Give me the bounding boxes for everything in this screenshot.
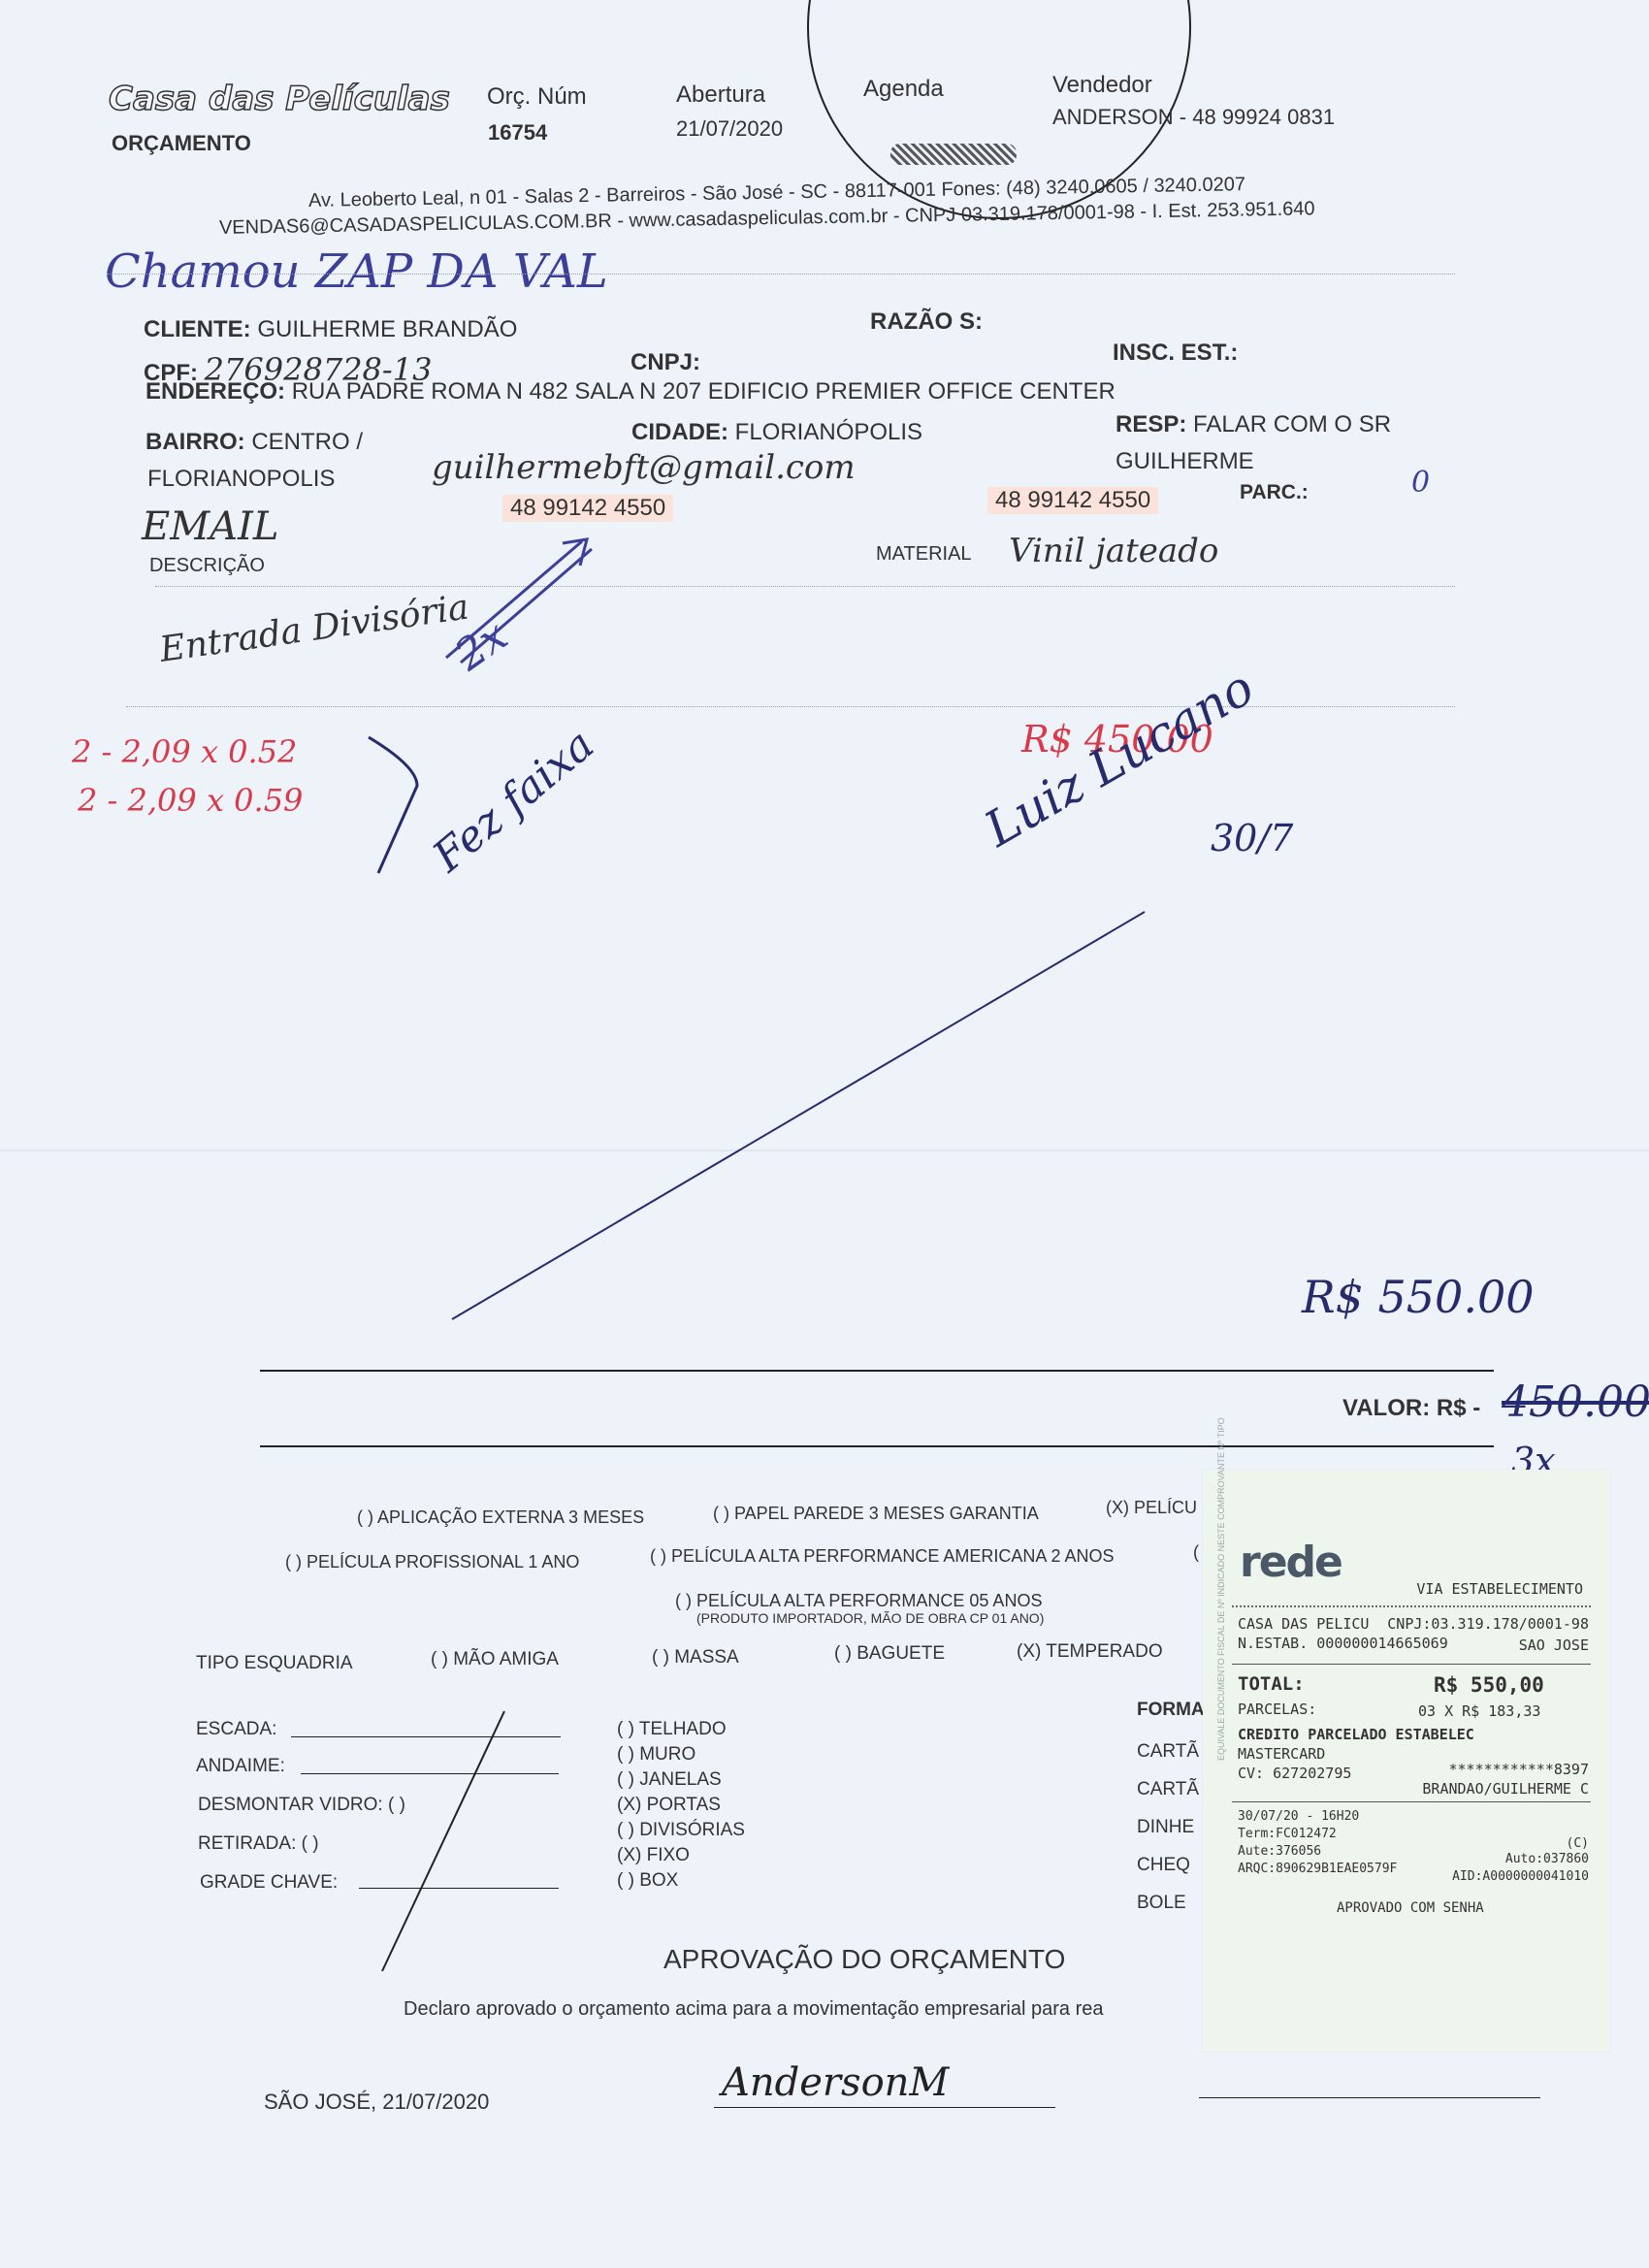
- bracket-stroke: [359, 728, 436, 883]
- receipt-side-text: EQUIVALE DOCUMENTO FISCAL DE Nº INDICADO…: [1216, 1417, 1226, 1761]
- divider: [260, 1370, 1494, 1372]
- bairro-value-1: CENTRO /: [251, 429, 363, 455]
- receipt-divider: [1232, 1801, 1591, 1802]
- receipt-divider: [1232, 1664, 1591, 1665]
- endereco-row: ENDEREÇO: RUA PADRE ROMA N 482 SALA N 20…: [145, 378, 1115, 405]
- cidade-value: FLORIANÓPOLIS: [735, 419, 922, 445]
- scribble-redaction: [890, 144, 1017, 165]
- divider: [107, 274, 1455, 275]
- email-handwritten: guilhermebft@gmail.com: [432, 448, 856, 487]
- local-muro[interactable]: ( ) MURO: [617, 1742, 745, 1767]
- arrow-icon: [407, 532, 601, 677]
- card-receipt: EQUIVALE DOCUMENTO FISCAL DE Nº INDICADO…: [1203, 1470, 1610, 2052]
- cliente-label: CLIENTE:: [144, 316, 251, 342]
- receipt-card: MASTERCARD: [1238, 1745, 1325, 1763]
- signature-line-vendor[interactable]: [714, 2107, 1055, 2108]
- abertura-date: 21/07/2020: [676, 116, 783, 142]
- local-telhado[interactable]: ( ) TELHADO: [617, 1717, 745, 1742]
- bairro-row: BAIRRO: CENTRO /: [145, 429, 363, 456]
- divider: [260, 1445, 1494, 1447]
- parc-value: 0: [1411, 466, 1430, 500]
- abertura-label: Abertura: [676, 81, 765, 109]
- receipt-c-flag: (C): [1567, 1836, 1589, 1851]
- receipt-datetime: 30/07/20 - 16H20: [1238, 1809, 1359, 1824]
- extra-grade-chave: GRADE CHAVE:: [200, 1872, 338, 1894]
- option-papel-parede[interactable]: ( ) PAPEL PAREDE 3 MESES GARANTIA: [713, 1504, 1039, 1524]
- cidade-label: CIDADE:: [631, 419, 728, 445]
- cancel-diagonal-line: [446, 795, 1377, 1339]
- receipt-via: VIA ESTABELECIMENTO: [1416, 1580, 1583, 1598]
- receipt-parcelas-label: PARCELAS:: [1238, 1701, 1316, 1718]
- pagamento-cartao-2[interactable]: CARTÃ: [1137, 1770, 1199, 1808]
- local-divisorias[interactable]: ( ) DIVISÓRIAS: [617, 1818, 745, 1843]
- option-pelicula-profissional[interactable]: ( ) PELÍCULA PROFISSIONAL 1 ANO: [285, 1552, 579, 1572]
- option-hidden-partial[interactable]: (: [1193, 1542, 1199, 1563]
- doc-type: ORÇAMENTO: [112, 131, 251, 156]
- local-portas[interactable]: (X) PORTAS: [617, 1793, 745, 1818]
- pagamento-boleto[interactable]: BOLE: [1137, 1884, 1199, 1922]
- brand-logo: Casa das Películas: [109, 80, 450, 118]
- cliente-row: CLIENTE: GUILHERME BRANDÃO: [144, 316, 517, 343]
- option-pelicula-americana[interactable]: ( ) PELÍCULA ALTA PERFORMANCE AMERICANA …: [650, 1546, 1114, 1567]
- locais-list: ( ) TELHADO ( ) MURO ( ) JANELAS (X) POR…: [617, 1717, 745, 1894]
- receipt-parcelas: 03 X R$ 183,33: [1418, 1702, 1540, 1720]
- endereco-label: ENDEREÇO:: [145, 378, 285, 405]
- local-janelas[interactable]: ( ) JANELAS: [617, 1767, 745, 1793]
- receipt-divider: [1232, 1605, 1591, 1607]
- note-chamou-zap: Chamou ZAP DA VAL: [105, 244, 608, 299]
- rede-logo: rede: [1240, 1538, 1342, 1587]
- receipt-mode: CREDITO PARCELADO ESTABELEC: [1238, 1726, 1474, 1743]
- new-value: R$ 550.00: [1302, 1271, 1534, 1323]
- receipt-estab: N.ESTAB. 000000014665069: [1238, 1635, 1448, 1652]
- descricao-label: DESCRIÇÃO: [149, 555, 265, 577]
- receipt-total-label: TOTAL:: [1238, 1673, 1305, 1695]
- extra-retirada[interactable]: RETIRADA: ( ): [198, 1833, 319, 1855]
- parc-label: PARC.:: [1240, 481, 1309, 504]
- option-pelicula-05-anos[interactable]: ( ) PELÍCULA ALTA PERFORMANCE 05 ANOS: [675, 1591, 1042, 1611]
- valor-old: 450.00: [1502, 1377, 1649, 1427]
- divider: [155, 586, 1455, 587]
- receipt-aid: AID:A0000000041010: [1452, 1869, 1589, 1884]
- agenda-label: Agenda: [863, 76, 944, 103]
- vendedor: ANDERSON - 48 99924 0831: [1052, 105, 1335, 130]
- measure-2: 2 - 2,09 x 0.59: [78, 782, 303, 819]
- phone-1: 48 99142 4550: [502, 495, 673, 522]
- approval-text: Declaro aprovado o orçamento acima para …: [404, 1998, 1103, 2021]
- esquadria-label: TIPO ESQUADRIA: [196, 1653, 353, 1674]
- signature-line-client[interactable]: [1199, 2097, 1540, 2098]
- material-value: Vinil jateado: [1009, 532, 1218, 570]
- option-pelicula-05-anos-note: (PRODUTO IMPORTADOR, MÃO DE OBRA CP 01 A…: [696, 1610, 1044, 1626]
- receipt-auto: Auto:037860: [1505, 1852, 1589, 1866]
- material-label: MATERIAL: [876, 543, 972, 566]
- option-aplicacao-externa[interactable]: ( ) APLICAÇÃO EXTERNA 3 MESES: [357, 1507, 644, 1528]
- esquadria-temperado[interactable]: (X) TEMPERADO: [1017, 1641, 1163, 1663]
- valor-label: VALOR: R$ -: [1342, 1395, 1480, 1422]
- local-fixo[interactable]: (X) FIXO: [617, 1843, 745, 1868]
- extra-escada: ESCADA:: [196, 1719, 276, 1740]
- receipt-city: SAO JOSE: [1519, 1636, 1589, 1654]
- approval-place-date: SÃO JOSÉ, 21/07/2020: [264, 2090, 489, 2115]
- resp-label: RESP:: [1115, 411, 1186, 437]
- pagamento-cheque[interactable]: CHEQ: [1137, 1846, 1199, 1884]
- resp-value-1: FALAR COM O SR: [1193, 411, 1391, 437]
- receipt-merchant: CASA DAS PELICU: [1238, 1615, 1369, 1633]
- pagamento-dinheiro[interactable]: DINHE: [1137, 1808, 1199, 1846]
- cnpj-label: CNPJ:: [630, 349, 700, 376]
- esquadria-mao-amiga[interactable]: ( ) MÃO AMIGA: [431, 1649, 559, 1670]
- orc-num: 16754: [488, 120, 547, 146]
- cancel-stroke: [369, 1707, 514, 1979]
- pagamento-list: CARTÃ CARTÃ DINHE CHEQ BOLE: [1137, 1733, 1199, 1922]
- bairro-value-2: FLORIANOPOLIS: [147, 466, 335, 493]
- receipt-cnpj: CNPJ:03.319.178/0001-98: [1387, 1615, 1589, 1633]
- signature-anderson: AndersonM: [722, 2060, 949, 2105]
- receipt-total: R$ 550,00: [1434, 1673, 1544, 1697]
- razao-label: RAZÃO S:: [870, 308, 983, 336]
- phone-2: 48 99142 4550: [987, 487, 1158, 514]
- extra-andaime: ANDAIME:: [196, 1756, 285, 1777]
- receipt-holder: BRANDAO/GUILHERME C: [1422, 1780, 1589, 1798]
- esquadria-massa[interactable]: ( ) MASSA: [652, 1647, 739, 1669]
- receipt-aute: Aute:376056: [1238, 1844, 1321, 1859]
- insc-est-label: INSC. EST.:: [1113, 340, 1238, 367]
- local-box[interactable]: ( ) BOX: [617, 1868, 745, 1894]
- endereco-value: RUA PADRE ROMA N 482 SALA N 207 EDIFICIO…: [292, 378, 1115, 405]
- esquadria-baguete[interactable]: ( ) BAGUETE: [834, 1643, 945, 1665]
- receipt-cv: CV: 627202795: [1238, 1765, 1351, 1782]
- bairro-label: BAIRRO:: [145, 429, 245, 455]
- receipt-card-number: ************8397: [1449, 1761, 1590, 1778]
- resp-row: RESP: FALAR COM O SR: [1115, 411, 1391, 438]
- receipt-status: APROVADO COM SENHA: [1337, 1900, 1484, 1916]
- signature-date: 30/7: [1211, 817, 1293, 859]
- pagamento-label: FORMA: [1137, 1700, 1205, 1721]
- approval-title: APROVAÇÃO DO ORÇAMENTO: [663, 1944, 1065, 1975]
- resp-value-2: GUILHERME: [1115, 448, 1254, 475]
- pagamento-cartao-1[interactable]: CARTÃ: [1137, 1733, 1199, 1770]
- measure-1: 2 - 2,09 x 0.52: [72, 733, 297, 770]
- receipt-arqc: ARQC:890629B1EAE0579F: [1238, 1862, 1397, 1876]
- cidade-row: CIDADE: FLORIANÓPOLIS: [631, 419, 922, 446]
- cliente-value: GUILHERME BRANDÃO: [257, 316, 517, 342]
- orc-num-label: Orç. Núm: [487, 83, 587, 111]
- email-tag: EMAIL: [142, 504, 278, 549]
- receipt-term: Term:FC012472: [1238, 1827, 1337, 1841]
- option-pelicula-checked[interactable]: (X) PELÍCU: [1106, 1498, 1197, 1518]
- vendedor-label: Vendedor: [1052, 72, 1152, 99]
